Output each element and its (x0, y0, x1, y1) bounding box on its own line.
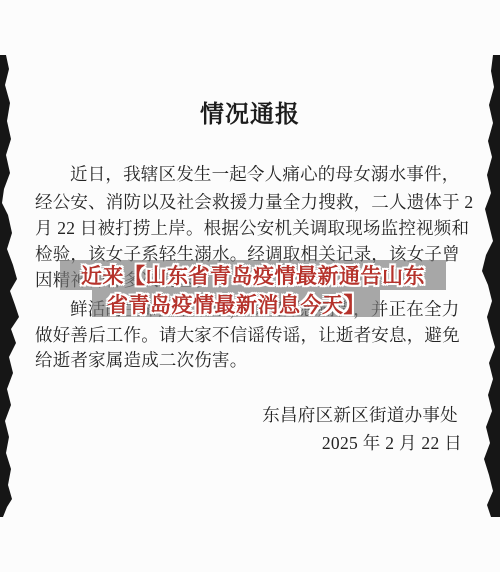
caption-overlay-line2-box: 省青岛疫情最新消息今天】 (92, 290, 380, 317)
caption-overlay-line1: 近来【山东省青岛疫情最新通告山东 (81, 260, 425, 290)
notice-date: 2025 年 2 月 22 日 (322, 430, 462, 456)
notice-line: 经公安、消防以及社会救援力量全力搜救，二人遗体于 2 (35, 189, 473, 215)
notice-line: 月 22 日被打捞上岸。根据公安机关调取现场监控视频和 (35, 215, 469, 241)
notice-photo: 情况通报 近日，我辖区发生一起令人痛心的母女溺水事件， 经公安、消防以及社会救援… (0, 0, 500, 572)
caption-overlay-line1-box: 近来【山东省青岛疫情最新通告山东 (60, 260, 446, 290)
notice-line: 近日，我辖区发生一起令人痛心的母女溺水事件， (70, 161, 459, 187)
notice-title: 情况通报 (0, 94, 500, 129)
notice-signature: 东昌府区新区街道办事处 (262, 402, 458, 428)
notice-line: 给逝者家属造成二次伤害。 (35, 347, 247, 373)
caption-overlay-line2: 省青岛疫情最新消息今天】 (107, 289, 365, 319)
notice-line: 做好善后工作。请大家不信谣传谣，让逝者安息，避免 (35, 322, 460, 348)
